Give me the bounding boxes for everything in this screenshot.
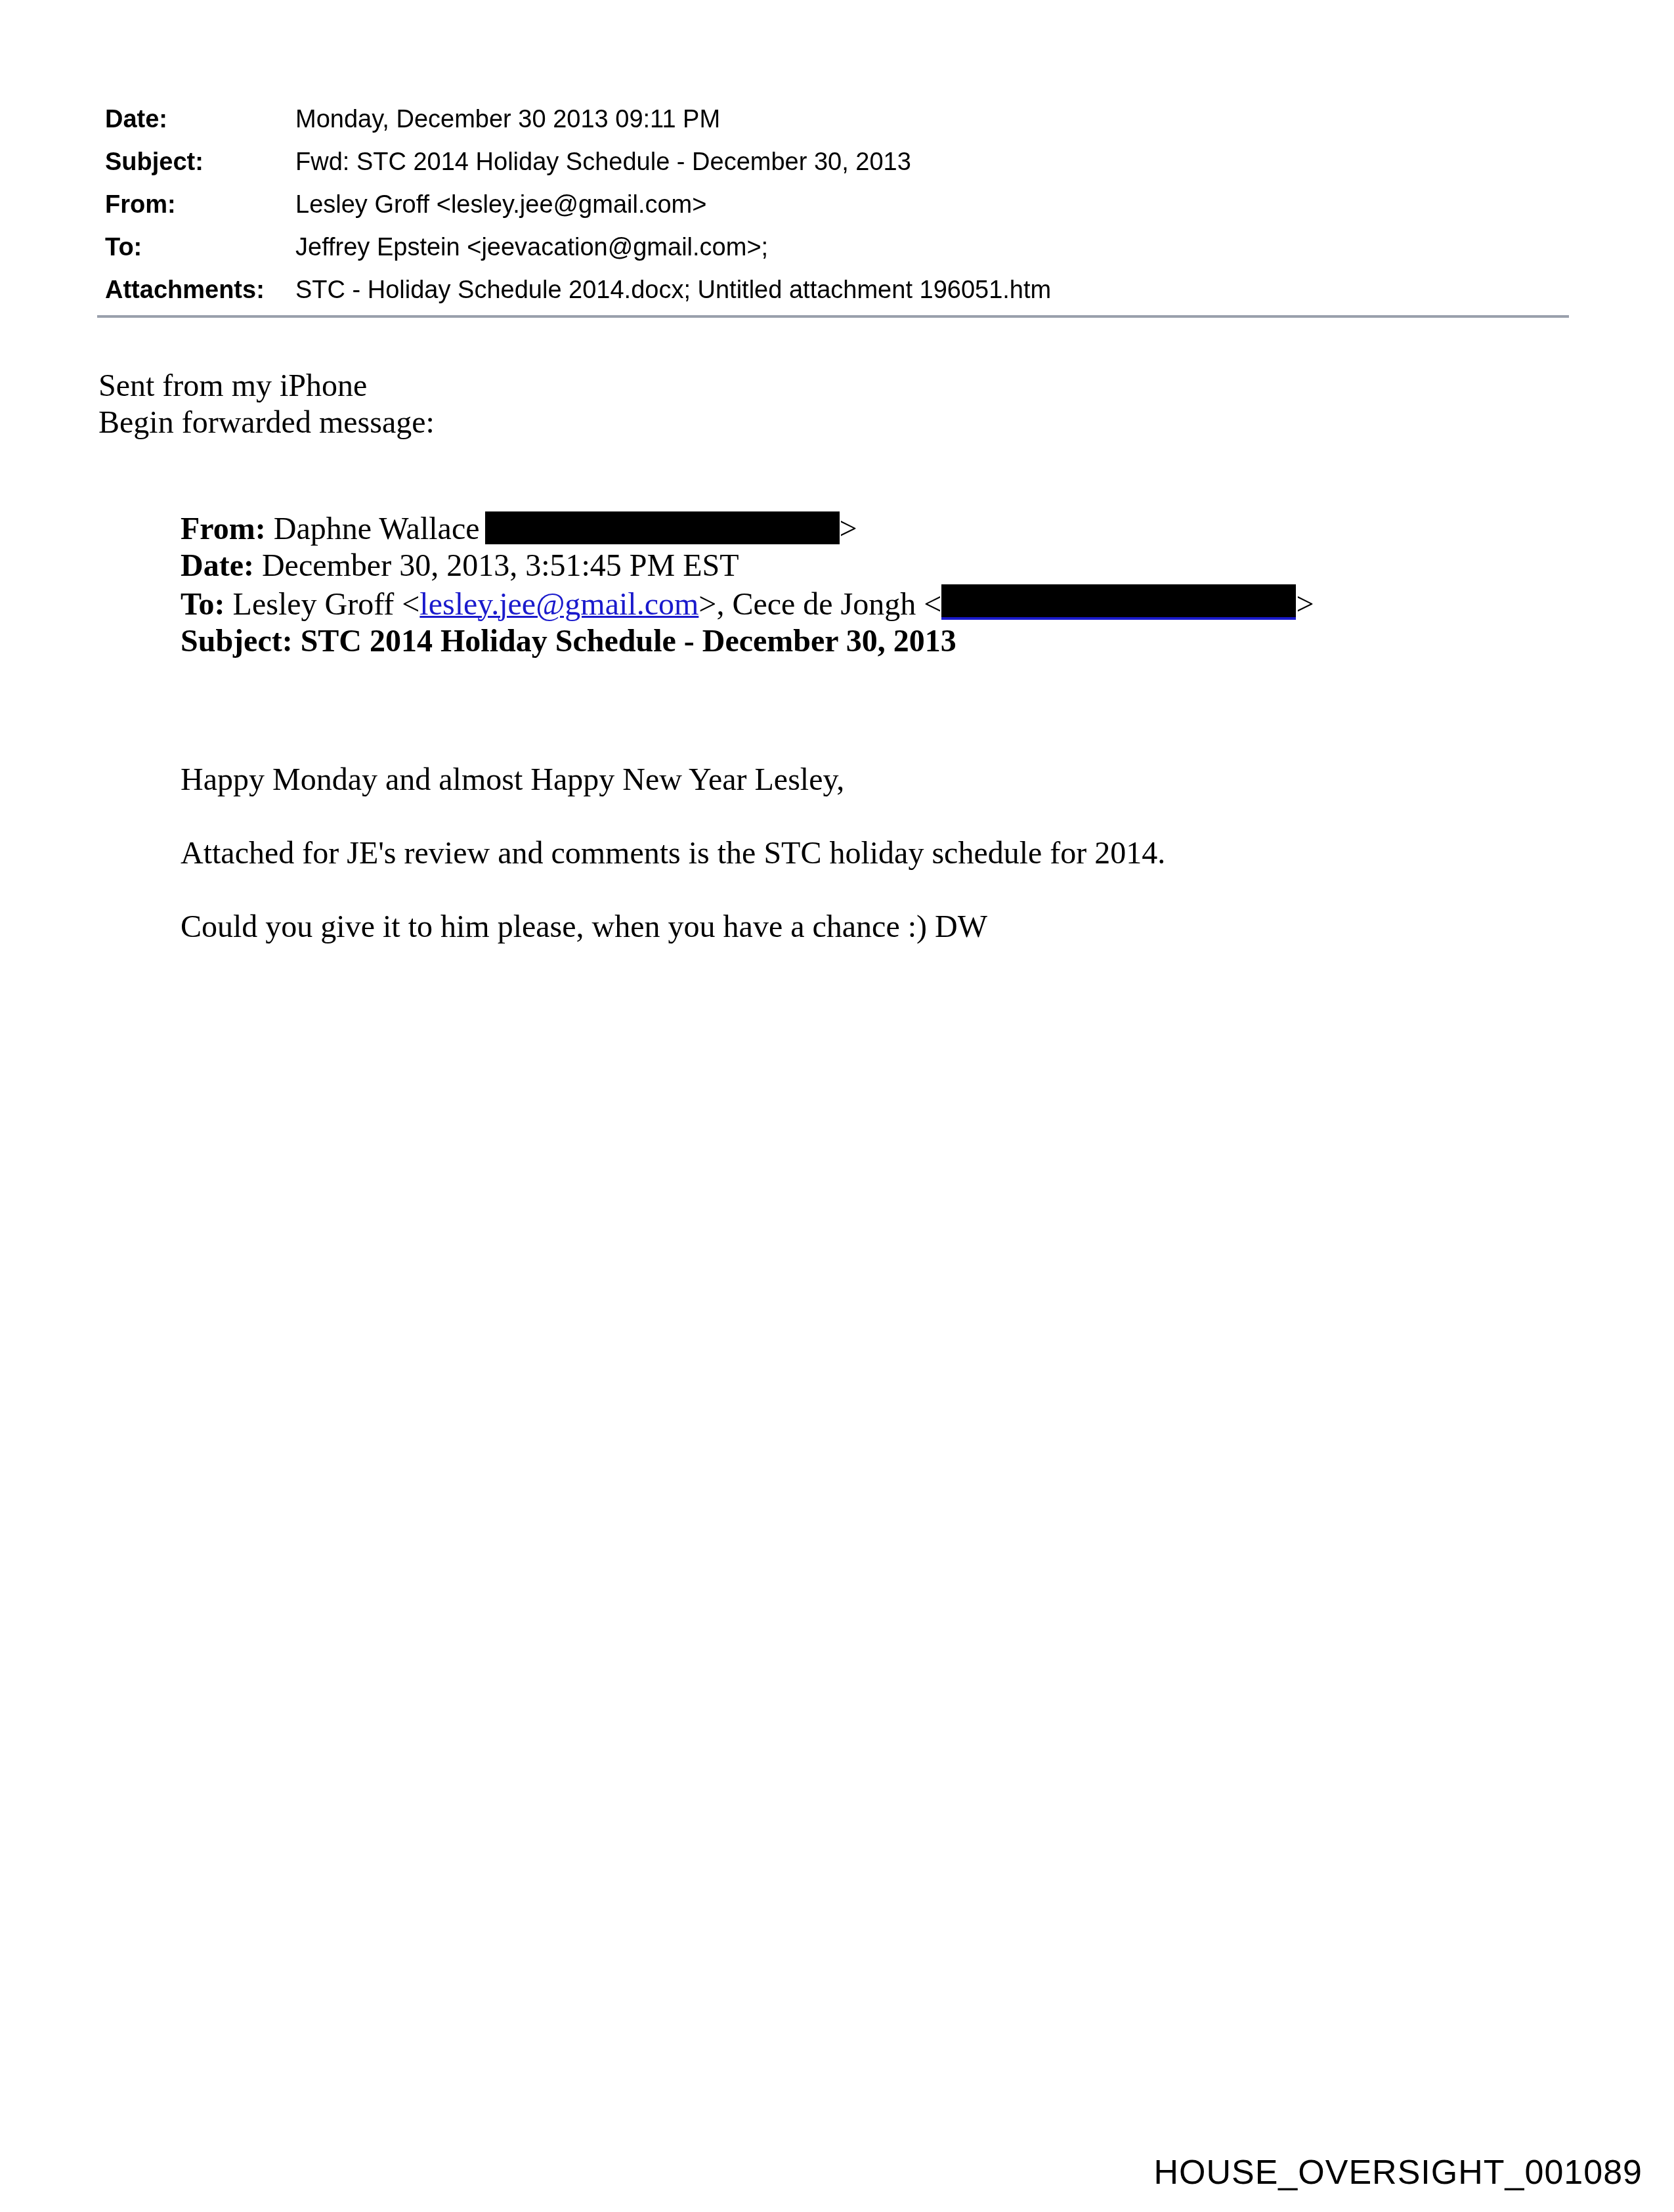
forwarded-to-close: > [1296, 587, 1314, 622]
forwarded-from-label: From: [181, 511, 266, 546]
bates-number: HOUSE_OVERSIGHT_001089 [1153, 2153, 1642, 2192]
redacted-email-link[interactable] [941, 584, 1296, 620]
header-attachments-row: Attachments: STC - Holiday Schedule 2014… [105, 269, 1569, 312]
header-subject-label: Subject: [105, 148, 295, 177]
forwarded-to-name1: Lesley Groff < [233, 587, 420, 622]
header-to-value: Jeffrey Epstein <jeevacation@gmail.com>; [295, 234, 1569, 262]
header-divider [97, 315, 1569, 318]
header-from-value: Lesley Groff <lesley.jee@gmail.com> [295, 191, 1569, 219]
forwarded-to-row: To: Lesley Groff <lesley.jee@gmail.com>,… [181, 584, 1314, 623]
header-date-row: Date: Monday, December 30 2013 09:11 PM [105, 98, 1569, 141]
forwarded-subject-value: STC 2014 Holiday Schedule - December 30,… [301, 624, 956, 659]
forwarded-header: From: Daphne Wallace> Date: December 30,… [181, 511, 1314, 660]
forwarded-date-value: December 30, 2013, 3:51:45 PM EST [262, 548, 739, 583]
redaction-block [485, 511, 840, 544]
forwarded-subject-label: Subject: [181, 624, 293, 659]
body-paragraph: Happy Monday and almost Happy New Year L… [181, 762, 1165, 798]
header-subject-value: Fwd: STC 2014 Holiday Schedule - Decembe… [295, 148, 1569, 177]
forwarded-to-label: To: [181, 587, 225, 622]
header-from-row: From: Lesley Groff <lesley.jee@gmail.com… [105, 184, 1569, 227]
preamble: Sent from my iPhone Begin forwarded mess… [98, 368, 435, 441]
forwarded-to-separator: >, Cece de Jongh < [698, 587, 941, 622]
header-to-row: To: Jeffrey Epstein <jeevacation@gmail.c… [105, 227, 1569, 269]
header-date-label: Date: [105, 106, 295, 134]
email-header: Date: Monday, December 30 2013 09:11 PM … [105, 98, 1569, 312]
forwarded-from-row: From: Daphne Wallace> [181, 511, 1314, 548]
email-link-lesley[interactable]: lesley.jee@gmail.com [419, 587, 698, 622]
header-date-value: Monday, December 30 2013 09:11 PM [295, 106, 1569, 134]
forwarded-date-label: Date: [181, 548, 254, 583]
header-to-label: To: [105, 234, 295, 262]
sent-from-line: Sent from my iPhone [98, 368, 435, 404]
begin-forwarded-line: Begin forwarded message: [98, 404, 435, 441]
message-body: Happy Monday and almost Happy New Year L… [181, 762, 1165, 982]
forwarded-subject-row: Subject: STC 2014 Holiday Schedule - Dec… [181, 623, 1314, 660]
header-subject-row: Subject: Fwd: STC 2014 Holiday Schedule … [105, 141, 1569, 184]
header-attachments-label: Attachments: [105, 276, 295, 305]
forwarded-from-name: Daphne Wallace [274, 511, 480, 546]
body-paragraph: Could you give it to him please, when yo… [181, 909, 1165, 945]
body-paragraph: Attached for JE's review and comments is… [181, 835, 1165, 872]
forwarded-date-row: Date: December 30, 2013, 3:51:45 PM EST [181, 548, 1314, 584]
header-from-label: From: [105, 191, 295, 219]
header-attachments-value: STC - Holiday Schedule 2014.docx; Untitl… [295, 276, 1569, 305]
forwarded-from-close: > [840, 511, 857, 546]
